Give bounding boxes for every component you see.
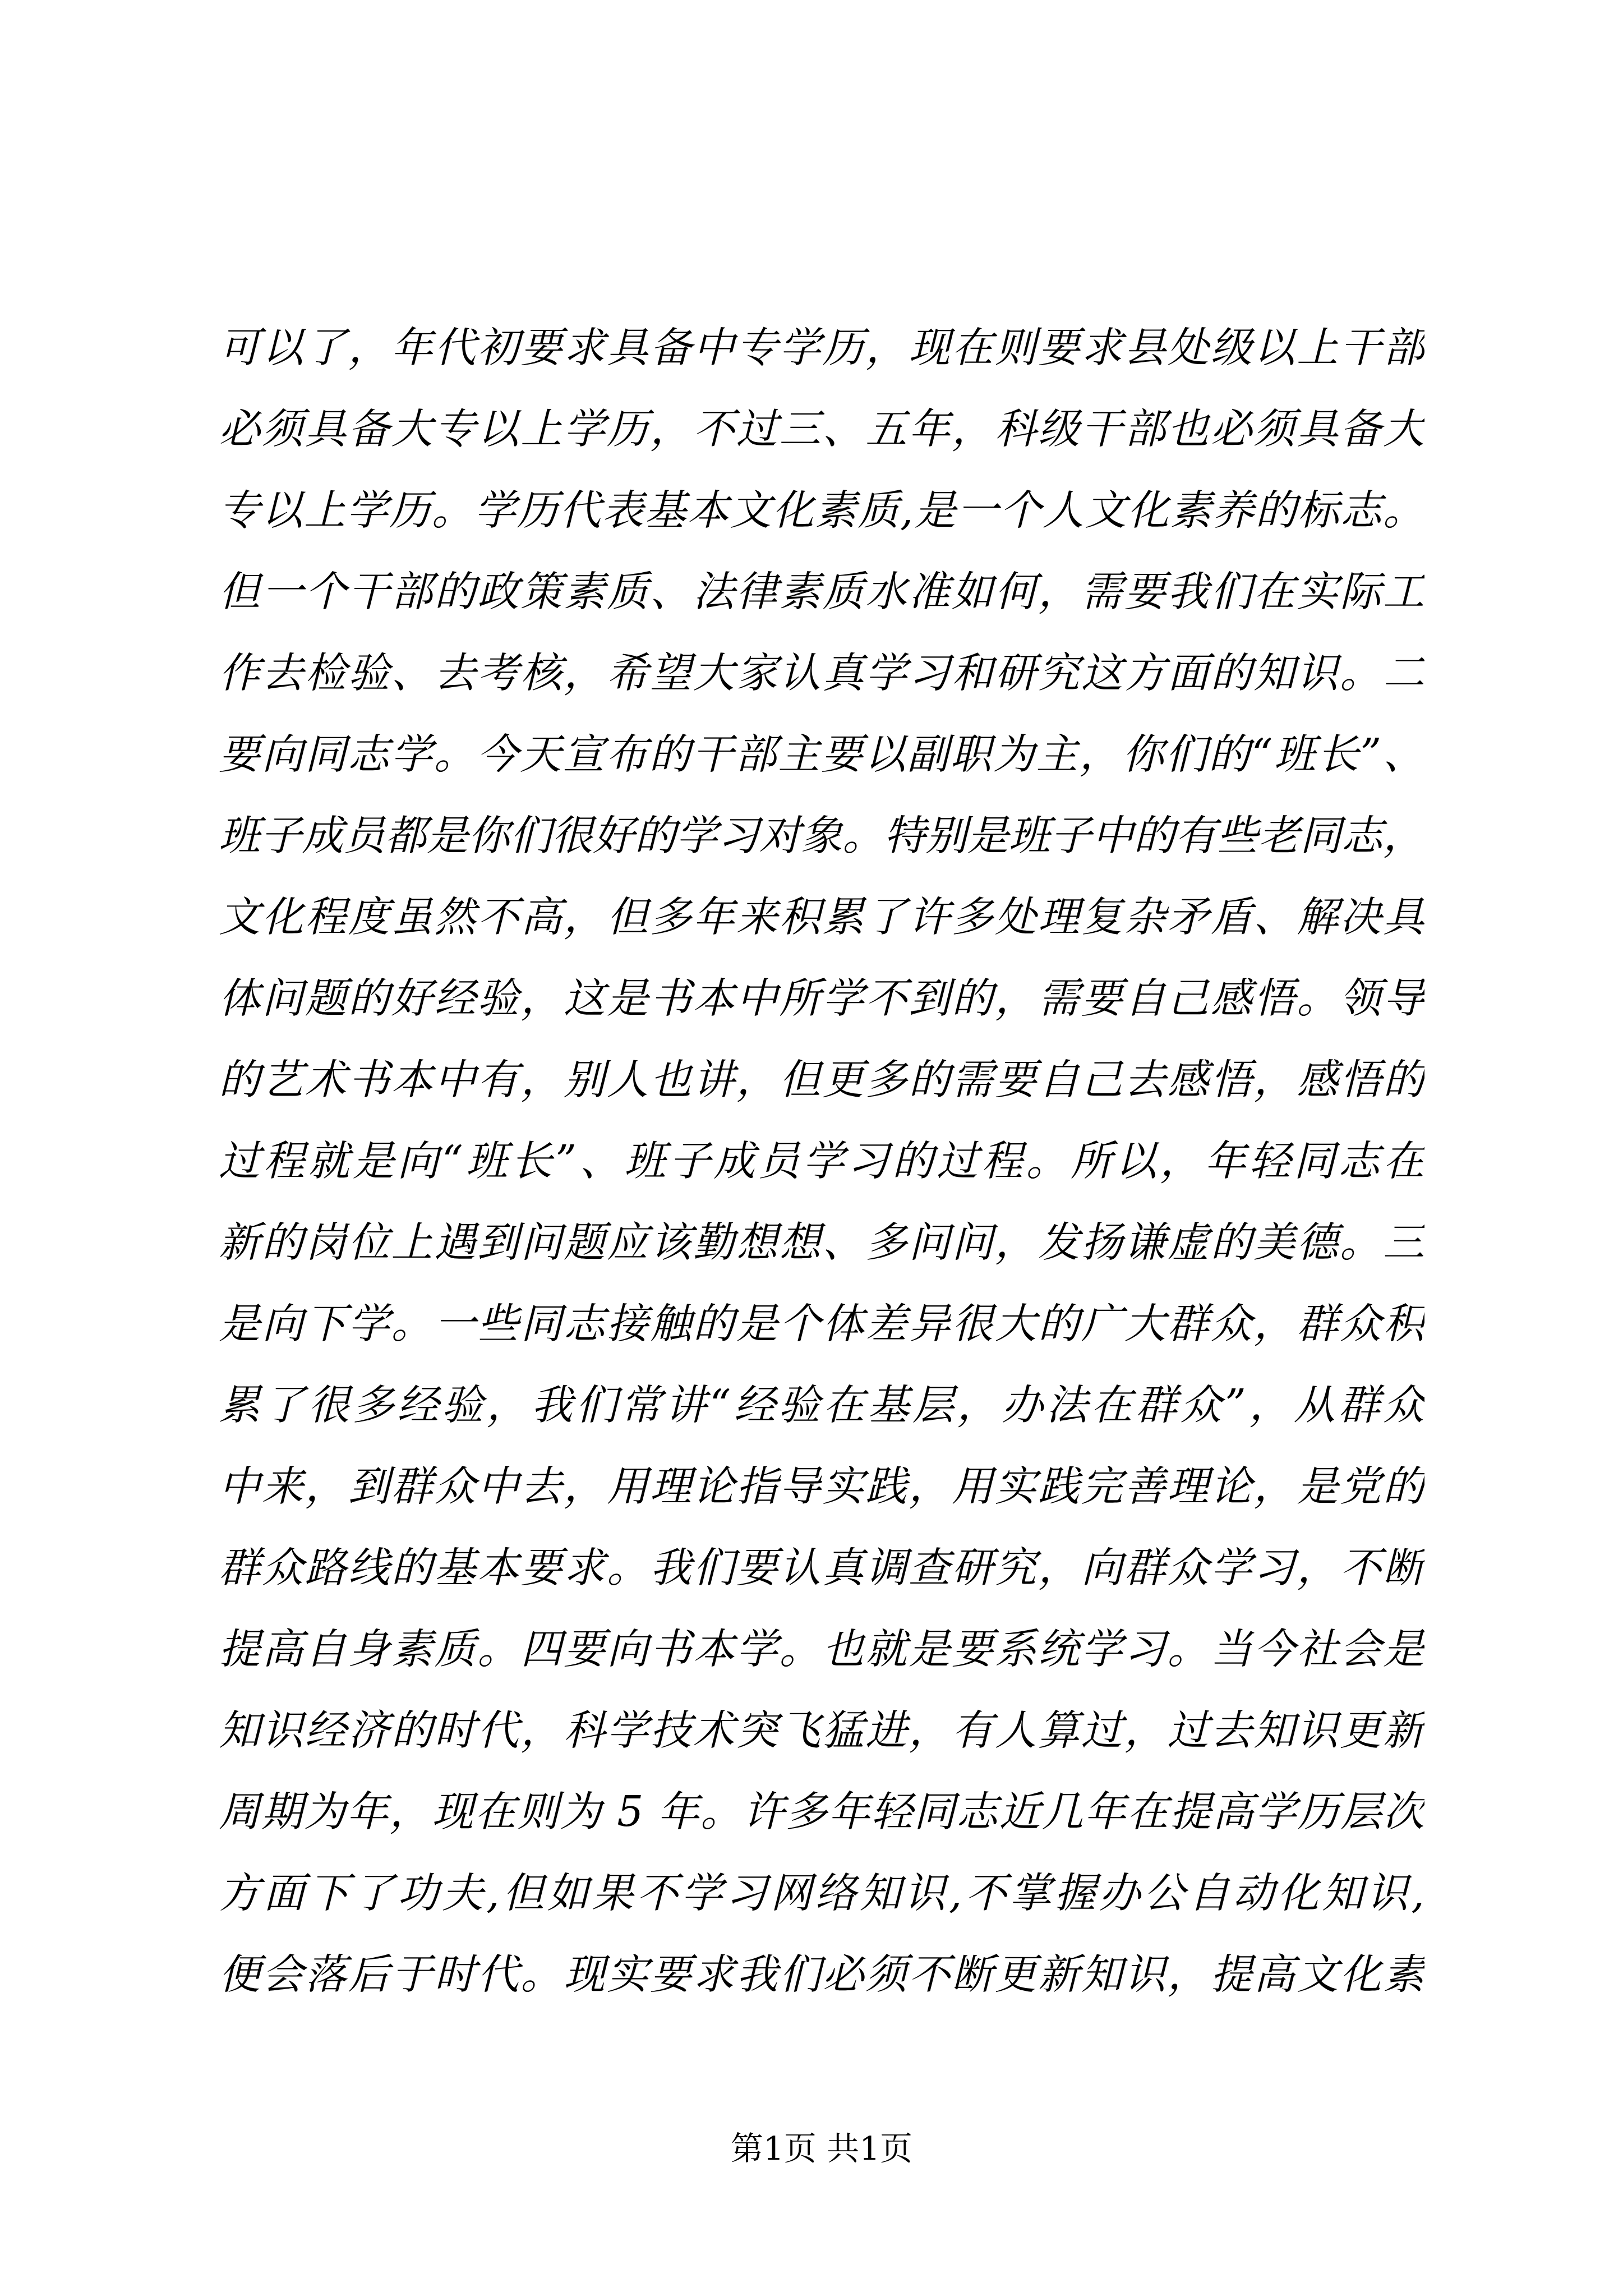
text-line: 但一个干部的政策素质、法律素质水准如何，需要我们在实际工 [219, 551, 1424, 633]
text-line: 要向同志学。今天宣布的干部主要以副职为主，你们的“班长”、 [219, 714, 1424, 795]
document-body: 可以了，年代初要求具备中专学历，现在则要求县处级以上干部必须具备大专以上学历，不… [219, 307, 1424, 2016]
text-line: 新的岗位上遇到问题应该勤想想、多问问，发扬谦虚的美德。三 [219, 1202, 1424, 1283]
text-line: 班子成员都是你们很好的学习对象。特别是班子中的有些老同志， [219, 795, 1424, 877]
text-line: 过程就是向“班长”、班子成员学习的过程。所以，年轻同志在 [219, 1121, 1424, 1202]
text-line: 知识经济的时代，科学技术突飞猛进，有人算过，过去知识更新 [219, 1690, 1424, 1772]
text-line: 体问题的好经验，这是书本中所学不到的，需要自己感悟。领导 [219, 958, 1424, 1039]
document-page: 可以了，年代初要求具备中专学历，现在则要求县处级以上干部必须具备大专以上学历，不… [0, 0, 1623, 2296]
text-line: 群众路线的基本要求。我们要认真调查研究，向群众学习，不断 [219, 1527, 1424, 1609]
text-line: 周期为年，现在则为 5 年。许多年轻同志近几年在提高学历层次 [219, 1772, 1424, 1853]
text-line: 专以上学历。学历代表基本文化素质,是一个人文化素养的标志。 [219, 470, 1424, 551]
text-line: 便会落后于时代。现实要求我们必须不断更新知识，提高文化素 [219, 1934, 1424, 2016]
text-line: 必须具备大专以上学历，不过三、五年，科级干部也必须具备大 [219, 389, 1424, 470]
text-line: 作去检验、去考核，希望大家认真学习和研究这方面的知识。二 [219, 633, 1424, 714]
text-line: 累了很多经验，我们常讲“经验在基层，办法在群众”，从群众 [219, 1365, 1424, 1446]
page-number-footer: 第1页 共1页 [219, 2118, 1424, 2179]
text-line: 方面下了功夫,但如果不学习网络知识,不掌握办公自动化知识, [219, 1853, 1424, 1934]
text-line: 提高自身素质。四要向书本学。也就是要系统学习。当今社会是 [219, 1609, 1424, 1690]
text-line: 的艺术书本中有，别人也讲，但更多的需要自己去感悟，感悟的 [219, 1039, 1424, 1121]
text-line: 可以了，年代初要求具备中专学历，现在则要求县处级以上干部 [219, 307, 1424, 389]
text-line: 中来，到群众中去，用理论指导实践，用实践完善理论，是党的 [219, 1446, 1424, 1527]
text-line: 文化程度虽然不高，但多年来积累了许多处理复杂矛盾、解决具 [219, 877, 1424, 958]
text-line: 是向下学。一些同志接触的是个体差异很大的广大群众，群众积 [219, 1283, 1424, 1365]
